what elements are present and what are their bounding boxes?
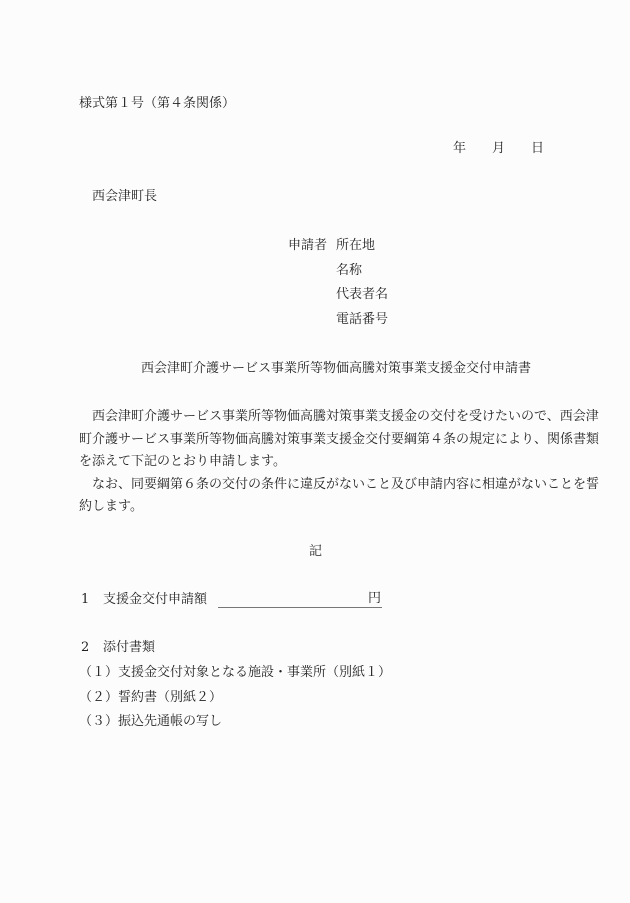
applicant-field-name: 名称: [336, 263, 388, 288]
item-2-number: 2: [81, 640, 103, 656]
item-1-row: 1支援金交付申請額: [81, 592, 207, 608]
year-label: 年: [453, 141, 466, 157]
document-title: 西会津町介護サービス事業所等物価高騰対策事業支援金交付申請書: [141, 361, 531, 377]
body-paragraph-1-line-3: を添えて下記のとおり申請します。: [79, 451, 559, 474]
attachment-item-2: （２）誓約書（別紙２）: [79, 690, 391, 715]
applicant-field-phone: 電話番号: [336, 312, 388, 337]
requested-amount-field[interactable]: 円: [218, 591, 382, 608]
date-row: 年月日: [453, 141, 544, 157]
body-paragraph-1-line-2: 町介護サービス事業所等物価高騰対策事業支援金交付要綱第４条の規定により、関係書類: [79, 429, 559, 452]
ki-heading: 記: [309, 544, 322, 560]
attachment-list: （１）支援金交付対象となる施設・事業所（別紙１） （２）誓約書（別紙２） （３）…: [79, 665, 391, 739]
applicant-field-address: 所在地: [336, 238, 388, 263]
body-text: 西会津町介護サービス事業所等物価高騰対策事業支援金の交付を受けたいので、西会津 …: [79, 406, 559, 519]
item-2-label: 添付書類: [103, 640, 155, 655]
item-2-row: 2添付書類: [81, 640, 155, 656]
item-1-label: 支援金交付申請額: [103, 592, 207, 607]
applicant-field-representative: 代表者名: [336, 287, 388, 312]
attachment-item-1: （１）支援金交付対象となる施設・事業所（別紙１）: [79, 665, 391, 690]
form-number: 様式第１号（第４条関係）: [79, 96, 235, 112]
month-label: 月: [492, 141, 505, 157]
amount-unit-yen: 円: [368, 591, 381, 607]
applicant-label: 申請者: [288, 238, 327, 254]
item-1-number: 1: [81, 592, 103, 608]
day-label: 日: [531, 141, 544, 157]
applicant-fields: 所在地 名称 代表者名 電話番号: [336, 238, 388, 336]
addressee: 西会津町長: [92, 189, 157, 205]
body-paragraph-1-line-1: 西会津町介護サービス事業所等物価高騰対策事業支援金の交付を受けたいので、西会津: [79, 406, 559, 429]
attachment-item-3: （３）振込先通帳の写し: [79, 714, 391, 739]
body-paragraph-2-line-2: 約します。: [79, 496, 559, 519]
body-paragraph-2-line-1: なお、同要綱第６条の交付の条件に違反がないこと及び申請内容に相違がないことを誓: [79, 474, 559, 497]
